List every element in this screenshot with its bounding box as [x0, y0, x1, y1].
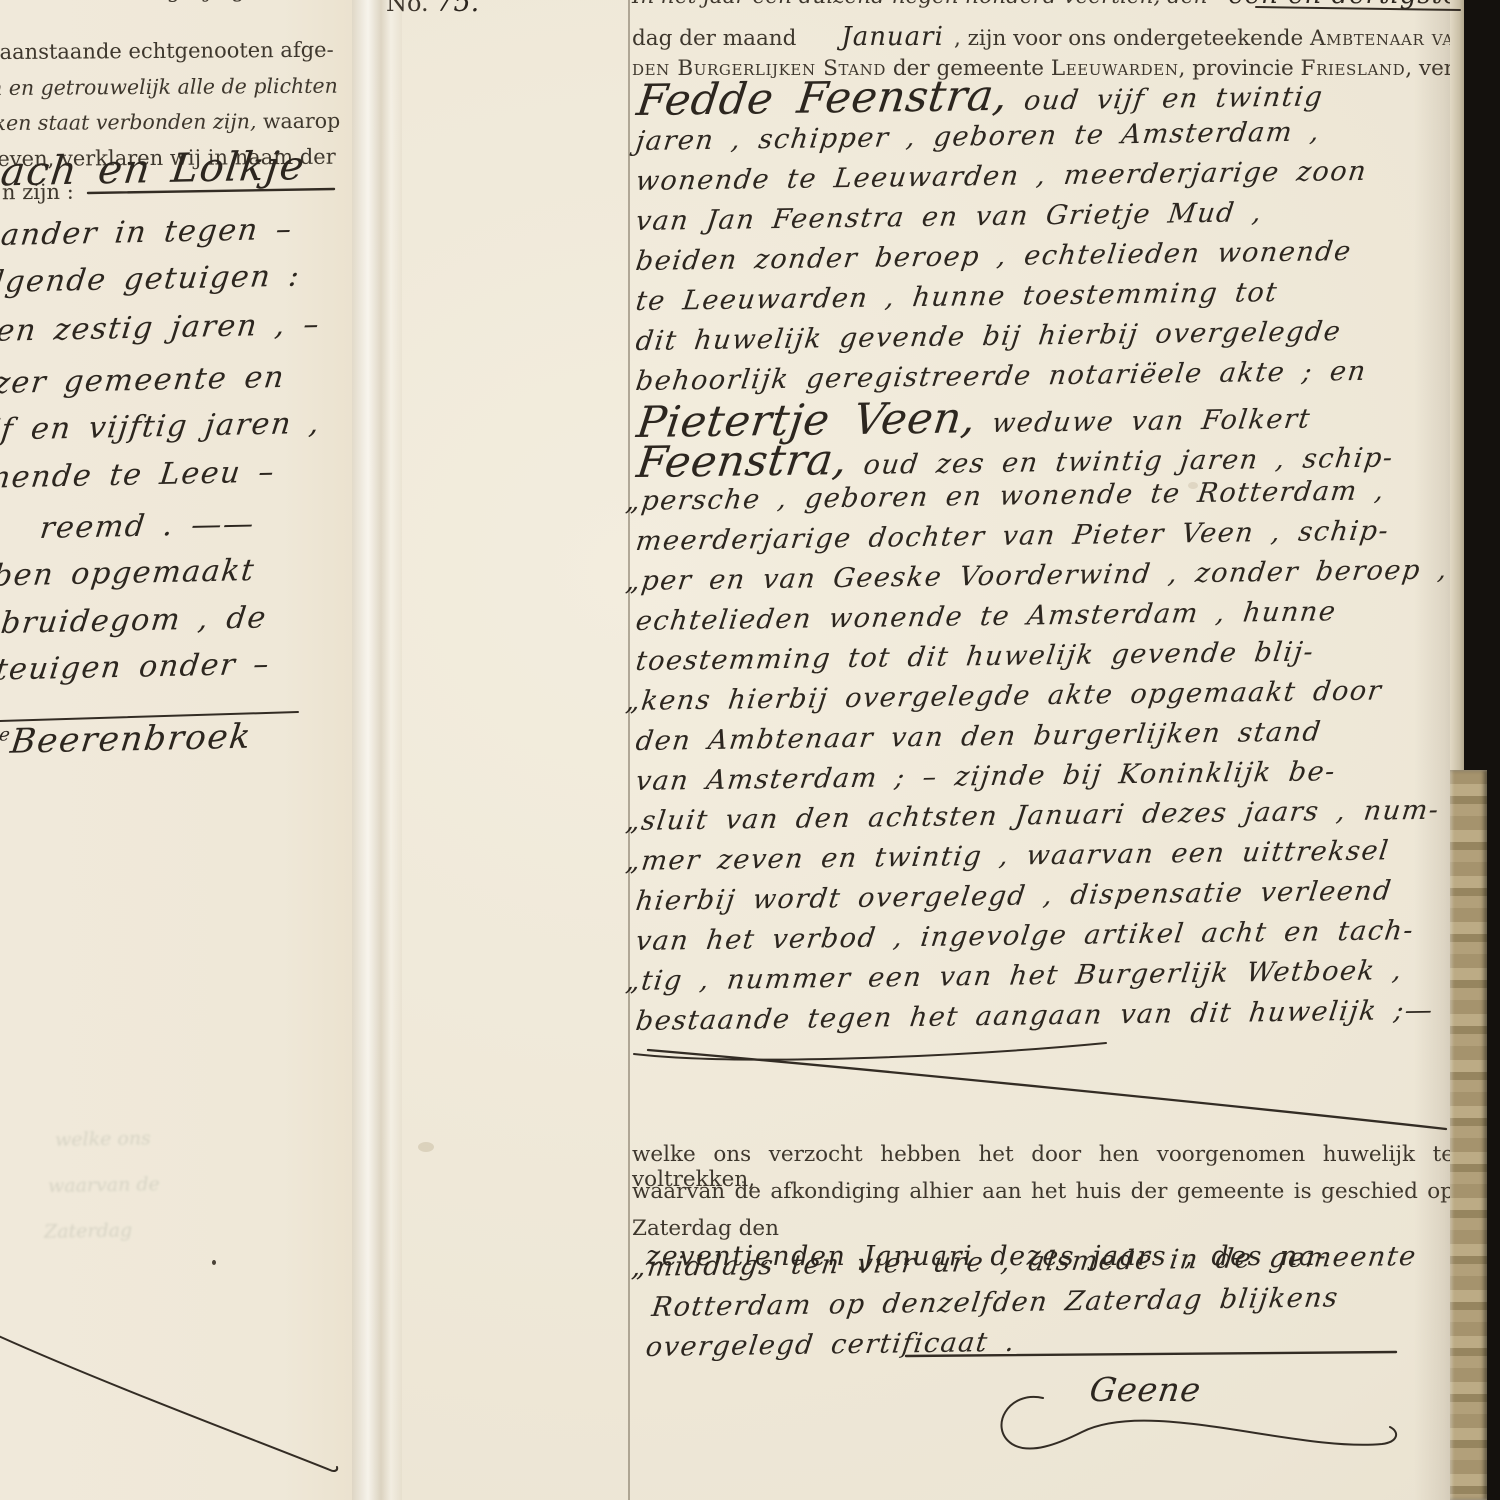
- manuscript-line: „tig , nummer een van het Burgerlijk Wet…: [624, 955, 1405, 997]
- printed-line: ooten en getrouwelijk alle de plichten: [0, 69, 338, 107]
- manuscript-line: bestaande tegen het aangaan van dit huwe…: [634, 995, 1435, 1037]
- manuscript-line: hierbij wordt overgelegd , dispensatie v…: [634, 875, 1394, 917]
- printed-line: de afkondigingen zonder stuiting zijn ge…: [0, 0, 332, 11]
- manuscript-line: „kens hierbij overgelegde akte opgemaakt…: [624, 675, 1384, 717]
- manuscript-text: hierbij wordt overgelegd , dispensatie v…: [634, 875, 1394, 917]
- manuscript-line: „per en van Geeske Voorderwind , zonder …: [624, 555, 1450, 597]
- handwritten-line: en en zestig jaren , –: [0, 307, 322, 350]
- ink-speck: [212, 1260, 216, 1265]
- signature: eBeerenbroek: [0, 717, 254, 762]
- manuscript-text: „per en van Geeske Voorderwind , zonder …: [624, 555, 1450, 597]
- handwritten-line: Rotterdam op denzelfden Zaterdag blijken…: [650, 1282, 1341, 1323]
- manuscript-line: den Ambtenaar van den burgerlijken stand: [634, 716, 1323, 757]
- handwritten-line: eteuigen onder –: [0, 647, 272, 688]
- printed-fragment: , zijn voor ons ondergeteekende: [954, 26, 1310, 51]
- manuscript-text: van Jan Feenstra en van Grietje Mud ,: [634, 197, 1264, 237]
- groom-name: Fedde Feenstra,: [634, 71, 1011, 126]
- manuscript-text: „mer zeven en twintig , waarvan een uitt…: [624, 835, 1391, 877]
- manuscript-line: van Amsterdam ; – zijnde bij Koninklijk …: [634, 756, 1338, 797]
- witnesses-entry: Geene: [1087, 1370, 1204, 1409]
- manuscript-line: beiden zonder beroep , echtelieden wonen…: [634, 236, 1354, 277]
- manuscript-line: toestemming tot dit huwelijk gevende bli…: [634, 637, 1316, 677]
- manuscript-line: van Jan Feenstra en van Grietje Mud ,: [634, 197, 1264, 237]
- manuscript-line: echtelieden wonende te Amsterdam , hunne: [634, 596, 1338, 637]
- manuscript-line: „sluit van den achtsten Januari dezes ja…: [624, 795, 1441, 837]
- printed-line: der aanstaande echtgenooten afge-: [0, 33, 334, 71]
- manuscript-line: dit huwelijk gevende bij hierbij overgel…: [634, 316, 1343, 357]
- page-fold: [352, 0, 402, 1500]
- handwritten-line: bruidegom , de: [0, 600, 269, 641]
- handwritten-line: onende te Leeu –: [0, 455, 277, 496]
- manuscript-text: oud vijf en twintig: [1005, 81, 1325, 116]
- manuscript-line: wonende te Leeuwarden , meerderjarige zo…: [634, 156, 1369, 197]
- manuscript-text: den Ambtenaar van den burgerlijken stand: [634, 716, 1323, 757]
- handwritten-line: lgende getuigen :: [0, 259, 302, 300]
- left-page: de afkondigingen zonder stuiting zijn ge…: [0, 0, 352, 1500]
- manuscript-text: „kens hierbij overgelegde akte opgemaakt…: [624, 675, 1384, 717]
- manuscript-line: te Leeuwarden , hunne toestemming tot: [634, 277, 1280, 317]
- printed-fragment: elijken staat verbonden zijn,: [0, 109, 256, 135]
- manuscript-text: oud zes en twintig jaren , schip-: [845, 442, 1396, 481]
- printed-fragment: waarop: [256, 109, 340, 134]
- right-page: No. 75. In het jaar een duizend negen ho…: [402, 0, 1464, 1500]
- printed-fragment: In het jaar een duizend negen honderd ve…: [632, 0, 1207, 9]
- manuscript-text: van het verbod , ingevolge artikel acht …: [634, 915, 1416, 957]
- manuscript-line: „mer zeven en twintig , waarvan een uitt…: [624, 835, 1391, 877]
- manuscript-text: meerderjarige dochter van Pieter Veen , …: [634, 516, 1391, 557]
- printed-line: dag der maand Januari, zijn voor ons ond…: [632, 22, 1454, 52]
- bleed-through-text: Zaterdag: [44, 1219, 133, 1243]
- gilt-page-edges: [1450, 770, 1487, 1500]
- paper-stain: [418, 1142, 434, 1152]
- handwritten-line: zer gemeente en: [0, 360, 287, 401]
- signature-name: Beerenbroek: [8, 717, 254, 762]
- handwritten-line: bach en Lolkje: [0, 143, 308, 196]
- printed-line: In het jaar een duizend negen honderd ve…: [632, 0, 1454, 10]
- printed-fragment: Zaterdag den: [632, 1216, 779, 1241]
- manuscript-text: dit huwelijk gevende bij hierbij overgel…: [634, 316, 1343, 357]
- manuscript-line: van het verbod , ingevolge artikel acht …: [634, 915, 1416, 957]
- bride-surname: Feenstra,: [634, 435, 851, 488]
- handwritten-line: ander in tegen –: [0, 212, 295, 253]
- manuscript-text: bestaande tegen het aangaan van dit huwe…: [634, 995, 1435, 1037]
- printed-fragment: dag der maand: [632, 26, 796, 51]
- printed-line: elijken staat verbonden zijn, waarop: [0, 104, 340, 142]
- manuscript-text: toestemming tot dit huwelijk gevende bli…: [634, 637, 1316, 677]
- bleed-through-text: welke ons: [55, 1127, 151, 1151]
- civil-registry-scan: de afkondigingen zonder stuiting zijn ge…: [0, 0, 1500, 1500]
- manuscript-text: echtelieden wonende te Amsterdam , hunne: [634, 596, 1338, 637]
- printed-line: waarvan de afkondiging alhier aan het hu…: [632, 1179, 1454, 1204]
- handwritten-month: Januari: [841, 22, 944, 52]
- handwritten-line: ijf en vijftig jaren ,: [0, 406, 322, 448]
- handwritten-line: reemd . ——: [38, 507, 257, 546]
- manuscript-text: te Leeuwarden , hunne toestemming tot: [634, 277, 1280, 317]
- act-number: No. 75.: [386, 0, 479, 18]
- act-number-label: No.: [386, 0, 429, 17]
- act-number-value: 75.: [436, 0, 479, 18]
- paper-stain: [1188, 482, 1198, 489]
- manuscript-text: „sluit van den achtsten Januari dezes ja…: [624, 795, 1441, 837]
- handwritten-line: bben opgemaakt: [0, 553, 257, 594]
- handwritten-line: overgelegd certificaat .: [644, 1327, 1017, 1363]
- manuscript-line: meerderjarige dochter van Pieter Veen , …: [634, 516, 1391, 557]
- bleed-through-text: waarvan de: [48, 1173, 160, 1197]
- manuscript-text: „tig , nummer een van het Burgerlijk Wet…: [624, 955, 1405, 997]
- manuscript-text: van Amsterdam ; – zijnde bij Koninklijk …: [634, 756, 1338, 797]
- manuscript-text: beiden zonder beroep , echtelieden wonen…: [634, 236, 1354, 277]
- manuscript-text: wonende te Leeuwarden , meerderjarige zo…: [634, 156, 1369, 197]
